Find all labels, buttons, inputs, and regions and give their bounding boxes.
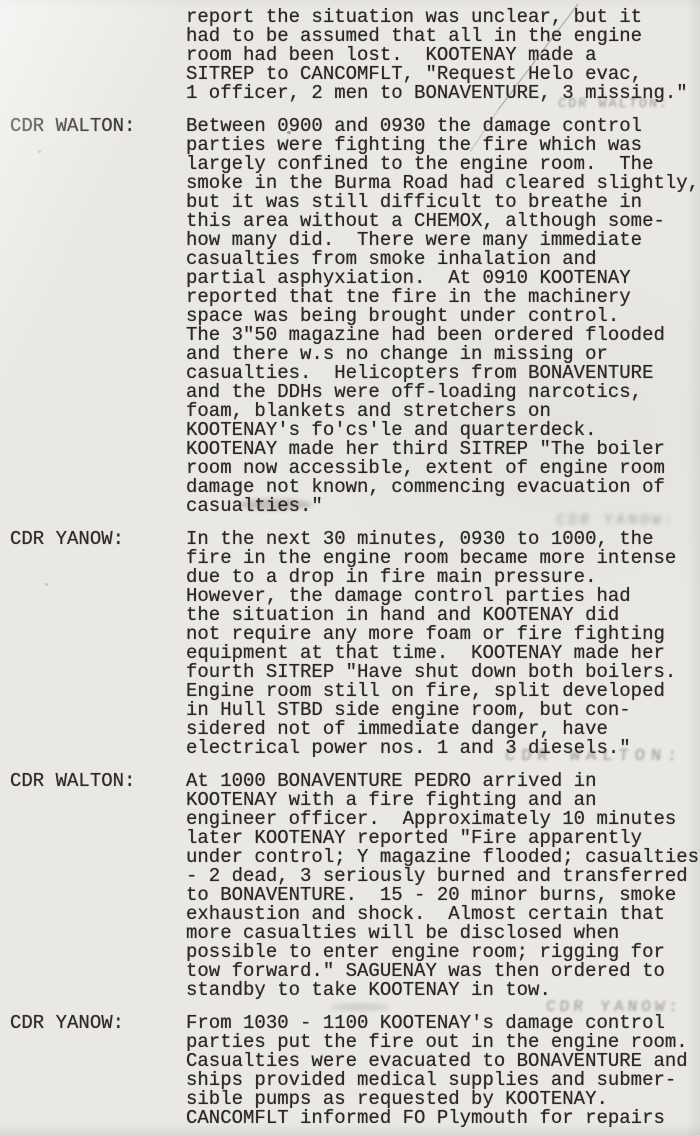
speaker-label: CDR YANOW: [10,530,186,758]
ink-speck [250,1026,253,1029]
transcript-entry: CDR YANOW: In the next 30 minutes, 0930 … [10,530,700,758]
entry-text: report the situation was unclear, but it… [186,8,700,103]
ghost-overprint-walton-2: CDR WALTON: [504,747,684,766]
transcript-entry: report the situation was unclear, but it… [10,8,700,103]
ghost-overprint-walton-1: CDR WALTON: [557,97,669,112]
ink-smudge [238,499,312,510]
entry-text: From 1030 - 1100 KOOTENAY's damage contr… [186,1014,700,1128]
entry-text: In the next 30 minutes, 0930 to 1000, th… [186,530,700,758]
transcript-entry: CDR WALTON: At 1000 BONAVENTURE PEDRO ar… [10,772,700,1000]
ghost-overprint-yanow-2: CDR YANOW: [545,998,682,1016]
transcript-entry: CDR WALTON: Between 0900 and 0930 the da… [10,117,700,516]
document-page: report the situation was unclear, but it… [0,0,700,1135]
ink-speck [287,131,291,134]
speaker-label [10,8,186,103]
ink-speck [45,583,48,586]
transcript-entry: CDR YANOW: From 1030 - 1100 KOOTENAY's d… [10,1014,700,1128]
ink-speck [38,150,41,153]
entry-text: Between 0900 and 0930 the damage control… [186,117,700,516]
speaker-label: CDR WALTON: [10,772,186,1000]
ghost-overprint-yanow-1: CDR YANOW: [555,512,676,529]
ink-smudge [330,1003,390,1011]
transcript: report the situation was unclear, but it… [10,8,700,1135]
speaker-label: CDR YANOW: [10,1014,186,1128]
entry-text: At 1000 BONAVENTURE PEDRO arrived in KOO… [186,772,700,1000]
speaker-label: CDR WALTON: [10,117,186,516]
